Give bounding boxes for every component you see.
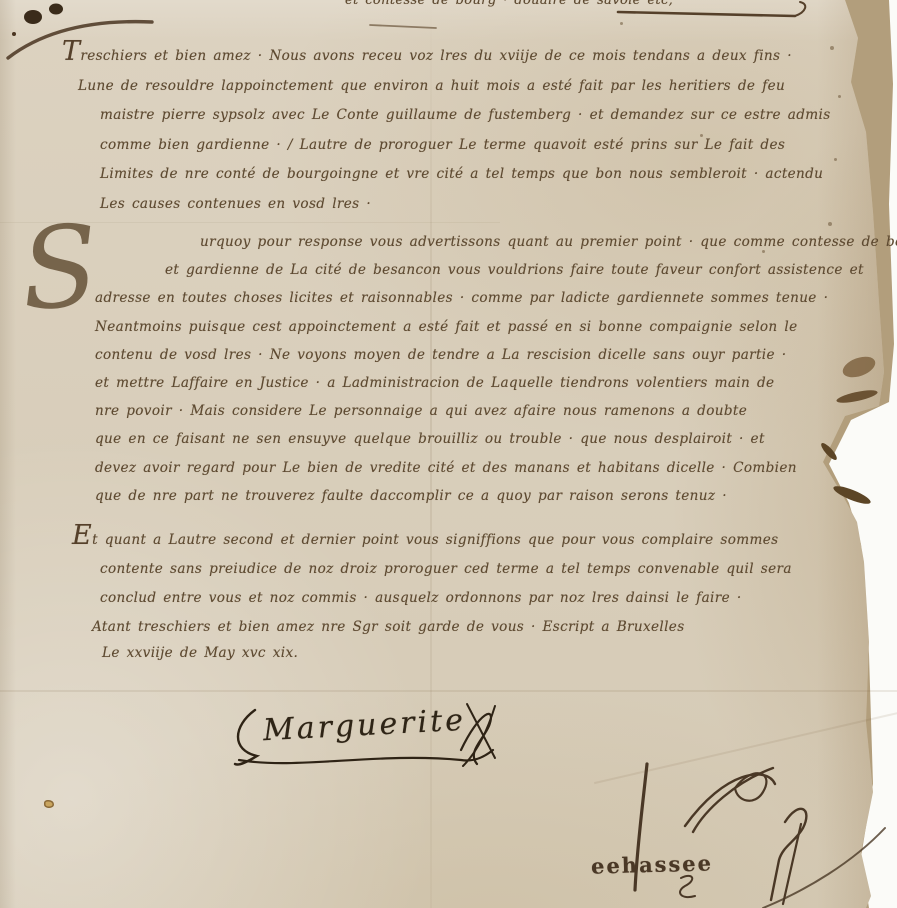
text-line: contenu de vosd lres · Ne voyons moyen d… (95, 341, 897, 369)
paragraph-3: Et quant a Lautre second et dernier poin… (72, 522, 792, 642)
text-line: contente sans preiudice de noz droiz pro… (100, 555, 792, 584)
paragraph-2: urquoy pour response vous advertissons q… (95, 228, 897, 510)
text-line: Et quant a Lautre second et dernier poin… (72, 522, 792, 555)
text-line: que en ce faisant ne sen ensuyve quelque… (95, 425, 897, 453)
date-line-text: Le xxviije de May xvc xix. (102, 645, 298, 661)
ink-speck (838, 95, 841, 98)
text-line: Limites de nre conté de bourgoingne et v… (100, 160, 831, 190)
countersignature-text: eehassee (591, 850, 714, 878)
text-line: Lune de resouldre lappoinctement que env… (78, 72, 831, 102)
text-line: adresse en toutes choses licites et rais… (95, 284, 897, 312)
paper-stain (44, 800, 54, 808)
date-line: Le xxviije de May xvc xix. (102, 645, 298, 661)
ink-speck (828, 222, 832, 226)
text-line: Neantmoins puisque cest appoinctement a … (95, 313, 897, 341)
text-line: Les causes contenues en vosd lres · (100, 190, 831, 220)
paragraph-1: Treschiers et bien amez · Nous avons rec… (62, 38, 831, 220)
countersignature: eehassee (585, 762, 897, 908)
text-line: Atant treschiers et bien amez nre Sgr so… (92, 613, 792, 642)
text-line: Treschiers et bien amez · Nous avons rec… (62, 38, 831, 72)
signature-marguerite: Marguerite (225, 692, 525, 787)
header-underline-flourish (340, 0, 820, 32)
text-line: devez avoir regard pour Le bien de vredi… (95, 454, 897, 482)
text-line: et mettre Laffaire en Justice · a Ladmin… (95, 369, 897, 397)
ink-speck (834, 158, 837, 161)
text-line: et gardienne de La cité de besancon vous… (165, 256, 897, 284)
text-line: nre povoir · Mais considere Le personnai… (95, 397, 897, 425)
text-line: urquoy pour response vous advertissons q… (200, 228, 897, 256)
text-line: que de nre part ne trouverez faulte dacc… (95, 482, 897, 510)
countersignature-flourish (585, 762, 897, 908)
text-line: maistre pierre sypsolz avec Le Conte gui… (100, 101, 831, 131)
text-line: comme bien gardienne · / Lautre de proro… (100, 131, 831, 161)
ink-speck (830, 46, 834, 50)
manuscript-photo: et contesse de bourg · douaire de savoie… (0, 0, 897, 908)
text-line: conclud entre vous et noz commis · ausqu… (100, 584, 792, 613)
